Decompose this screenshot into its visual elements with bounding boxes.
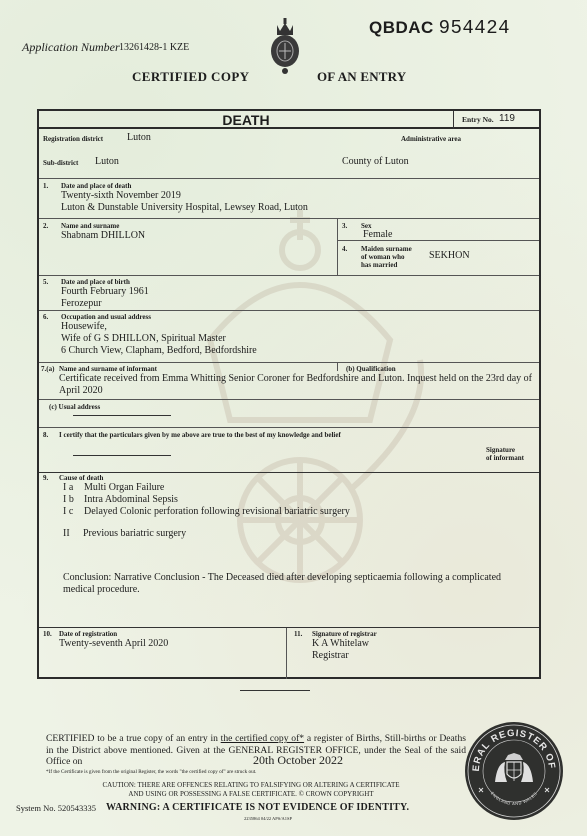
- district-row: Registration district Luton Administrati…: [39, 129, 539, 179]
- field-1-death: 1. Date and place of death Twenty-sixth …: [39, 179, 539, 219]
- signature-label: of informant: [486, 454, 524, 462]
- entry-number-label: Entry No.: [462, 116, 494, 124]
- certificate-serial: QBDAC 954424: [369, 17, 510, 39]
- field-8-certify: 8. I certify that the particulars given …: [39, 428, 539, 473]
- field-number: 4.: [342, 245, 347, 253]
- cause-code: I c: [63, 506, 73, 518]
- field-2-4-row: 2. Name and surname Shabnam DHILLON 3. S…: [39, 219, 539, 276]
- field-number: 2.: [43, 222, 48, 230]
- maiden-surname-label: of woman who: [361, 253, 405, 261]
- divider-line: [240, 690, 310, 691]
- certify-statement: I certify that the particulars given by …: [59, 431, 341, 439]
- cause-text: Multi Organ Failure: [84, 482, 164, 494]
- administrative-area: County of Luton: [342, 156, 409, 168]
- informant-details: Certificate received from Emma Whitting …: [59, 373, 534, 397]
- informant-signature-line: [73, 455, 171, 456]
- caution-line: AND USING OR POSSESSING A FALSE CERTIFIC…: [76, 790, 426, 799]
- contributing-cause: Previous bariatric surgery: [83, 528, 186, 540]
- form-code: 2235864 04/22 APS/A1SP: [244, 816, 292, 821]
- usual-address-label: (c) Usual address: [49, 403, 100, 411]
- date-of-registration-label: Date of registration: [59, 630, 117, 638]
- divider: [337, 363, 338, 371]
- system-number: System No. 520543335: [16, 803, 96, 813]
- date-of-registration: Twenty-seventh April 2020: [59, 638, 168, 650]
- death-entry-form: DEATH Entry No. 119 Registration distric…: [37, 109, 541, 679]
- footnote: *If the Certificate is given from the or…: [46, 769, 256, 775]
- registrar-title: Registrar: [312, 650, 349, 662]
- deceased-name: Shabnam DHILLON: [61, 230, 145, 242]
- cause-text: Intra Abdominal Sepsis: [84, 494, 178, 506]
- field-number: 1.: [43, 182, 48, 190]
- field-number: 9.: [43, 474, 48, 482]
- caution-line: CAUTION: THERE ARE OFFENCES RELATING TO …: [76, 781, 426, 790]
- title-of-an-entry: OF AN ENTRY: [317, 69, 406, 85]
- certification-date: 20th October 2022: [253, 753, 343, 768]
- serial-prefix: QBDAC: [369, 18, 434, 37]
- maiden-surname-label: has married: [361, 261, 397, 269]
- field-number: 8.: [43, 431, 48, 439]
- informant-name-label: Name and surname of informant: [59, 365, 157, 373]
- field-7c-address: (c) Usual address: [39, 400, 539, 428]
- maiden-surname: SEKHON: [429, 250, 470, 262]
- entry-number-box: Entry No. 119: [453, 111, 542, 129]
- registrar-name: K A Whitelaw: [312, 638, 369, 650]
- occupation-line: Wife of G S DHILLON, Spiritual Master: [61, 333, 226, 345]
- cause-code: I a: [63, 482, 73, 494]
- title-certified-copy: CERTIFIED COPY: [132, 69, 249, 85]
- registration-district: Luton: [127, 132, 151, 144]
- entry-number: 119: [499, 113, 515, 125]
- royal-crest-icon: [268, 17, 302, 75]
- field-number: 5.: [43, 278, 48, 286]
- application-number: 13261428-1 KZE: [119, 42, 189, 53]
- maiden-surname-label: Maiden surname: [361, 245, 412, 253]
- form-title-row: DEATH Entry No. 119: [39, 111, 539, 129]
- field-5-birth: 5. Date and place of birth Fourth Februa…: [39, 276, 539, 311]
- field-6-occupation: 6. Occupation and usual address Housewif…: [39, 311, 539, 363]
- date-of-birth: Fourth February 1961: [61, 286, 149, 298]
- field-number: 3.: [342, 222, 347, 230]
- place-of-death: Luton & Dunstable University Hospital, L…: [61, 202, 308, 214]
- conclusion: Conclusion: Narrative Conclusion - The D…: [63, 572, 533, 596]
- name-surname-label: Name and surname: [61, 222, 119, 230]
- cause-code: I b: [63, 494, 74, 506]
- cause-code: II: [63, 528, 70, 540]
- field-number: 6.: [43, 313, 48, 321]
- field-4-maiden-surname: 4. Maiden surname of woman who has marri…: [337, 240, 539, 275]
- divider: [286, 628, 287, 679]
- qualification-label: (b) Qualification: [346, 365, 396, 373]
- occupation-line: Housewife,: [61, 321, 107, 333]
- field-number: 7.(a): [41, 365, 54, 373]
- date-of-death: Twenty-sixth November 2019: [61, 190, 181, 202]
- registration-district-label: Registration district: [43, 135, 103, 143]
- place-of-birth: Ferozepur: [61, 298, 102, 310]
- signature-label: Signature: [486, 446, 515, 454]
- date-place-birth-label: Date and place of birth: [61, 278, 130, 286]
- usual-address: 6 Church View, Clapham, Bedford, Bedford…: [61, 345, 257, 357]
- form-title: DEATH: [39, 112, 453, 128]
- sub-district-label: Sub-district: [43, 159, 78, 167]
- cause-text: Delayed Colonic perforation following re…: [84, 506, 350, 518]
- field-10-11-row: 10. Date of registration Twenty-seventh …: [39, 628, 539, 678]
- field-7-informant: 7.(a) Name and surname of informant (b) …: [39, 363, 539, 400]
- field-number: 10.: [43, 630, 52, 638]
- field-3-sex: 3. Sex Female: [337, 219, 539, 241]
- application-number-label: Application Number: [22, 40, 120, 55]
- informant-address-line: [73, 415, 171, 416]
- cause-of-death-label: Cause of death: [59, 474, 103, 482]
- field-number: 11.: [294, 630, 302, 638]
- caution-notice: CAUTION: THERE ARE OFFENCES RELATING TO …: [76, 781, 426, 799]
- date-place-death-label: Date and place of death: [61, 182, 131, 190]
- occupation-label: Occupation and usual address: [61, 313, 151, 321]
- general-register-office-seal-icon: GENERAL REGISTER OFFICE ENGLAND AND WALE…: [463, 720, 565, 822]
- identity-warning: WARNING: A CERTIFICATE IS NOT EVIDENCE O…: [106, 802, 409, 813]
- cert-underlined: the certified copy of*: [221, 733, 304, 744]
- sub-district: Luton: [95, 156, 119, 168]
- field-9-cause-of-death: 9. Cause of death I a Multi Organ Failur…: [39, 473, 539, 628]
- serial-number: 954424: [439, 17, 510, 39]
- administrative-area-label: Administrative area: [401, 135, 461, 143]
- cert-text: CERTIFIED to be a true copy of an entry …: [46, 733, 221, 744]
- registrar-signature-label: Signature of registrar: [312, 630, 377, 638]
